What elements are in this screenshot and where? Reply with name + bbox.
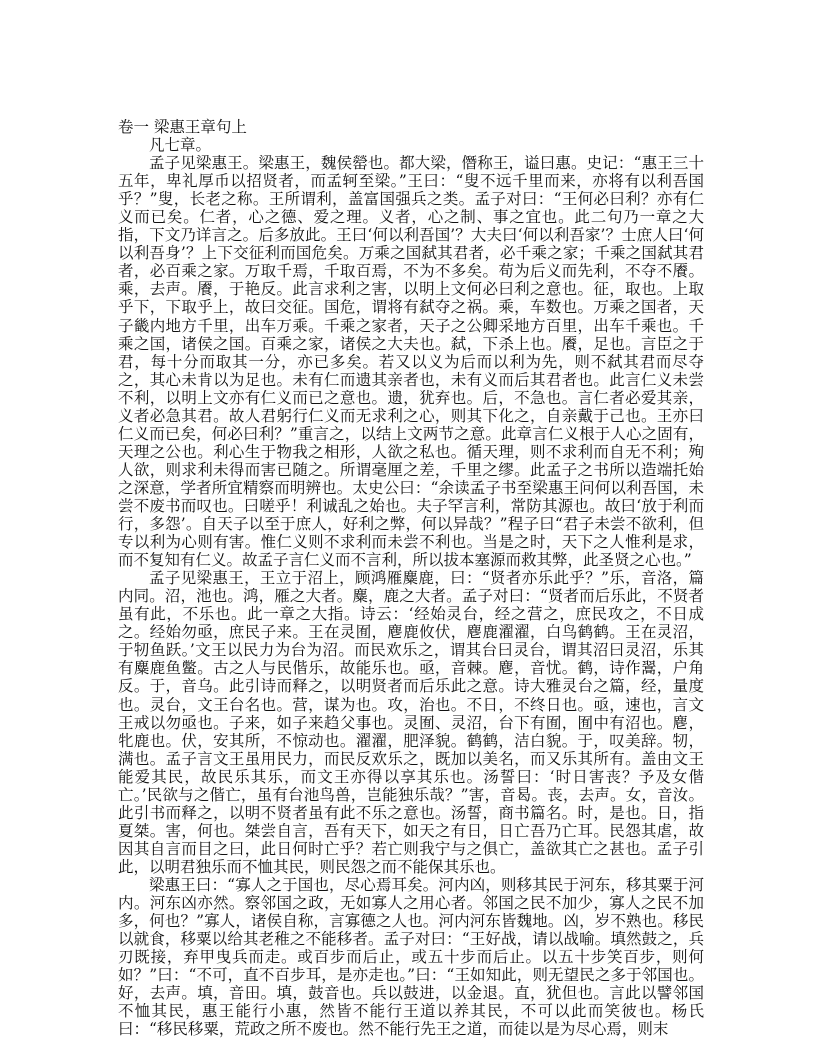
document-page: 卷一 梁惠王章句上 凡七章。 孟子见梁惠王。梁惠王，魏侯罃也。都大梁，僭称王，谥… [118,118,704,1038]
paragraph-3: 梁惠王曰：“寡人之于国也，尽心焉耳矣。河内凶，则移其民于河东，移其粟于河内。河东… [118,876,704,1038]
paragraph-1: 孟子见梁惠王。梁惠王，魏侯罃也。都大梁，僭称王，谥曰惠。史记：“惠王三十五年，卑… [118,154,704,569]
paragraph-2: 孟子见梁惠王，王立于沼上，顾鸿雁麋鹿，曰：“贤者亦乐此乎？”乐，音洛，篇内同。沼… [118,569,704,876]
chapter-title: 卷一 梁惠王章句上 [118,118,704,136]
chapter-count-line: 凡七章。 [118,136,704,154]
